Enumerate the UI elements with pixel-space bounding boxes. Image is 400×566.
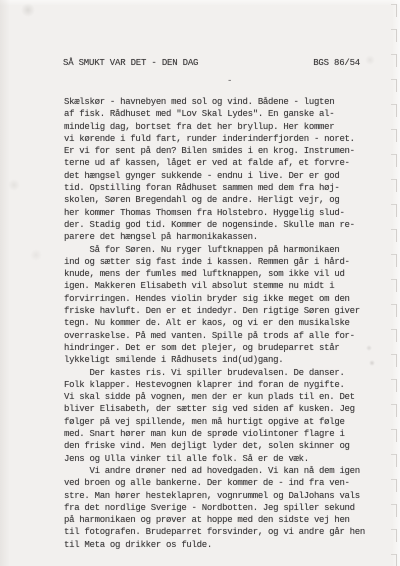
text-line: følger på vej spillende, men må hurtigt … <box>64 416 384 428</box>
text-line: det hængsel gynger sukkende - endnu i li… <box>64 170 384 182</box>
text-line: tegn. Nu kommer de. Alt er kaos, og vi e… <box>64 317 384 329</box>
page-header: SÅ SMUKT VAR DET - DEN DAG BGS 86/54 <box>63 58 360 68</box>
text-line: ved broen og alle bankerne. Der kommer d… <box>64 477 384 489</box>
text-line: her kommer Thomas Thomsen fra Holstebro.… <box>64 207 384 219</box>
text-line: forvirringen. Hendes violin bryder sig i… <box>64 293 384 305</box>
text-line: ind og sætter sig fast inde i kassen. Re… <box>64 256 384 268</box>
text-line: Er vi for sent på den? Bilen smides i en… <box>64 145 384 157</box>
text-line: lykkeligt smilende i Rådhusets ind(ud)ga… <box>64 354 384 366</box>
text-line: stre. Man hører hesteklapren, vognrummel… <box>64 490 384 502</box>
text-line: Vi andre drøner ned ad hovedgaden. Vi ka… <box>64 465 384 477</box>
text-line: Der kastes ris. Vi spiller brudevalsen. … <box>64 367 384 379</box>
text-line: hindringer. Det er som det plejer, og br… <box>64 342 384 354</box>
separator-dash: - <box>227 76 232 86</box>
text-line: overraskelse. På med vanten. Spille på t… <box>64 330 384 342</box>
text-line: parere det hængsel på harmonikakassen. <box>64 231 384 243</box>
text-line: terne ud af kassen, låget er ved at fald… <box>64 157 384 169</box>
scanned-document-page: SÅ SMUKT VAR DET - DEN DAG BGS 86/54 - S… <box>0 0 400 566</box>
text-line: til fotografen. Brudeparret forsvinder, … <box>64 526 384 538</box>
text-line: med. Snart hører man kun de sprøde violi… <box>64 428 384 440</box>
text-line: af fisk. Rådhuset med "Lov Skal Lydes". … <box>64 108 384 120</box>
document-body: Skælskør - havnebyen med sol og vind. Bå… <box>64 96 384 551</box>
text-line: der. Stadig god tid. Kommer de nogensind… <box>64 219 384 231</box>
document-title: SÅ SMUKT VAR DET - DEN DAG <box>63 58 198 68</box>
text-line: knude, mens der fumles med luftknappen, … <box>64 268 384 280</box>
text-line: den friske vind. Men dejligt lyder det, … <box>64 440 384 452</box>
text-line: fra det nordlige Sverige - Nordbotten. J… <box>64 502 384 514</box>
text-line: vi kørende i fuld fart, runder inderinde… <box>64 133 384 145</box>
text-line: Vi skal sidde på vognen, men der er kun … <box>64 391 384 403</box>
text-line: bliver Elisabeth, der sætter sig ved sid… <box>64 403 384 415</box>
text-line: igen. Makkeren Elisabeth vil absolut ste… <box>64 280 384 292</box>
text-line: Skælskør - havnebyen med sol og vind. Bå… <box>64 96 384 108</box>
text-line: på harmonikaen og prøver at hoppe med de… <box>64 514 384 526</box>
text-line: Folk klapper. Hestevognen klaprer ind fo… <box>64 379 384 391</box>
text-line: mindelig dag, bortset fra det her bryllu… <box>64 121 384 133</box>
text-line: skolen, Søren Bregendahl og de andre. He… <box>64 194 384 206</box>
text-line: Jens og Ulla vinker til alle folk. Så er… <box>64 453 384 465</box>
text-line: til Meta og drikker os fulde. <box>64 539 384 551</box>
text-line: tid. Opstilling foran Rådhuset sammen me… <box>64 182 384 194</box>
document-code: BGS 86/54 <box>313 58 360 68</box>
scan-edge-artifacts <box>396 4 397 566</box>
text-line: friske havluft. Den er et indedyr. Den r… <box>64 305 384 317</box>
text-line: Så for Søren. Nu ryger luftknappen på ha… <box>64 244 384 256</box>
